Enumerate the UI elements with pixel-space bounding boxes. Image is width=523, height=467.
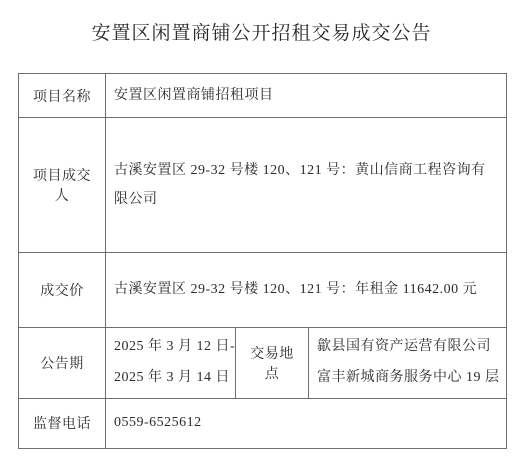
deal-price-label: 成交价	[19, 253, 106, 328]
announcement-period-end: 2025 年 3 月 14 日	[114, 363, 227, 394]
project-winner-label: 项目成交人	[19, 118, 106, 253]
table-row-project-winner: 项目成交人 古溪安置区 29-32 号楼 120、121 号：黄山信商工程咨询有…	[19, 118, 507, 253]
table-row-project-name: 项目名称 安置区闲置商铺招租项目	[19, 74, 507, 118]
page-title: 安置区闲置商铺公开招租交易成交公告	[0, 0, 523, 45]
announcement-period-start: 2025 年 3 月 12 日-	[114, 332, 227, 363]
table-row-supervision-phone: 监督电话 0559-6525612	[19, 398, 507, 448]
supervision-phone-label: 监督电话	[19, 398, 106, 448]
project-name-value: 安置区闲置商铺招租项目	[106, 74, 507, 118]
supervision-phone-value: 0559-6525612	[106, 398, 507, 448]
table-row-announcement-period: 公告期 2025 年 3 月 12 日- 2025 年 3 月 14 日 交易地…	[19, 328, 507, 399]
trade-location-value: 歙县国有资产运营有限公司 富丰新城商务服务中心 19 层	[309, 328, 507, 399]
trade-location-address: 富丰新城商务服务中心 19 层	[317, 363, 498, 394]
trade-location-company: 歙县国有资产运营有限公司	[317, 332, 498, 363]
announcement-period-value: 2025 年 3 月 12 日- 2025 年 3 月 14 日	[106, 328, 236, 399]
project-winner-value: 古溪安置区 29-32 号楼 120、121 号：黄山信商工程咨询有限公司	[106, 118, 507, 253]
announcement-period-label: 公告期	[19, 328, 106, 399]
table-row-deal-price: 成交价 古溪安置区 29-32 号楼 120、121 号：年租金 11642.0…	[19, 253, 507, 328]
project-name-label: 项目名称	[19, 74, 106, 118]
trade-location-label: 交易地点	[236, 328, 309, 399]
announcement-table: 项目名称 安置区闲置商铺招租项目 项目成交人 古溪安置区 29-32 号楼 12…	[18, 73, 507, 449]
deal-price-value: 古溪安置区 29-32 号楼 120、121 号：年租金 11642.00 元	[106, 253, 507, 328]
